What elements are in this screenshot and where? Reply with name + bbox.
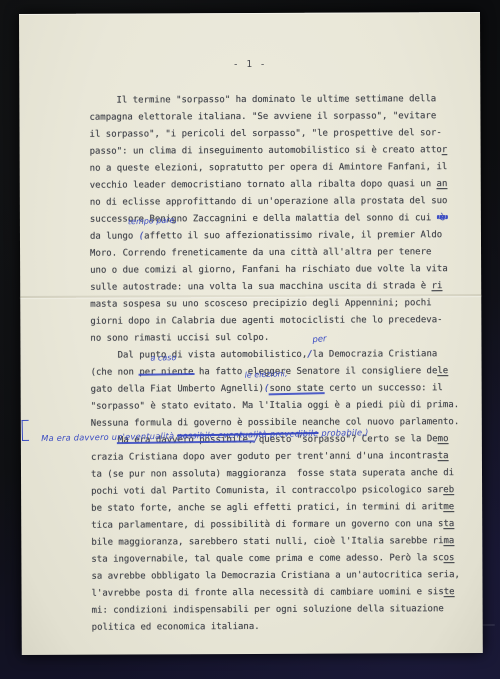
typed-line: Moro. Correndo freneticamente da una cit… xyxy=(90,244,459,263)
typed-line: masta sospesa su uno scosceso precipizio… xyxy=(90,295,459,314)
typed-line: gato della Fiat Umberto Agnelli)(sono st… xyxy=(91,380,460,399)
typed-line: no sono rimasti uccisi sul colpo. xyxy=(90,329,459,348)
typed-line: no a queste elezioni, sopratutto per ope… xyxy=(90,159,459,178)
typed-line: Il termine "sorpasso" ha dominato le ult… xyxy=(89,91,458,110)
handwritten-insertion-tempo-pare: tempo pare, xyxy=(128,215,177,226)
typed-line: giorni dopo in Calabria due agenti motoc… xyxy=(90,312,459,331)
page-number: - 1 - xyxy=(19,58,480,71)
margin-note-suffix: probabile,) xyxy=(318,427,368,438)
handwritten-margin-note: Ma era davvero un'eventualità possibile … xyxy=(30,417,369,453)
typed-lines: Il termine "sorpasso" ha dominato le ult… xyxy=(89,91,460,637)
typed-line: sulle autostrade: una volta la sua macch… xyxy=(90,278,459,297)
typed-line: tica parlamentare, di possibilità di for… xyxy=(91,516,460,535)
typed-line: campagna elettorale italiana. "Se avvien… xyxy=(89,108,458,127)
typed-line: il sorpasso", "i pericoli del sorpasso",… xyxy=(89,125,458,144)
typed-line: l'avrebbe posta di fronte alla necessità… xyxy=(91,584,460,603)
typed-line: bile maggioranza, sarebbero stati nulli,… xyxy=(91,533,460,552)
typed-line: uno o due comizi al giorno, Fanfani ha r… xyxy=(90,261,459,280)
handwritten-insertion-per: per xyxy=(312,334,327,345)
typed-line: no di eclisse approfittando di un'operaz… xyxy=(90,193,459,212)
handwritten-insertion-a-caso: a caso xyxy=(150,353,176,363)
typewritten-page: - 1 - Il termine "sorpasso" ha dominato … xyxy=(19,12,483,655)
typed-line: pochi voti dal Partito Comunista, il con… xyxy=(91,482,460,501)
margin-note-prefix: Ma era davvero un'eventualità xyxy=(41,431,177,443)
typed-line: sa avrebbe obbligato la Democrazia Crist… xyxy=(91,567,460,586)
typed-line: vecchio leader democristiano tornato all… xyxy=(90,176,459,195)
margin-bracket xyxy=(22,420,29,441)
typed-line: passo": un clima di inseguimento automob… xyxy=(90,142,459,161)
typed-line: politica ed economica italiana. xyxy=(92,618,461,637)
typed-line: ta (se pur non assoluta) maggioranza fos… xyxy=(91,465,460,484)
margin-note-struck-words: possibile eventualità prevedibile xyxy=(177,428,319,441)
typed-line: "sorpasso" è stato evitato. Ma l'Italia … xyxy=(91,397,460,416)
background-scratch xyxy=(481,624,495,626)
typed-line: sta ingovernabile, tal quale come prima … xyxy=(91,550,460,569)
typed-line: mi: condizioni indispensabili per ogni s… xyxy=(92,601,461,620)
typed-line: da lungo (affetto il suo affezionatissim… xyxy=(90,227,459,246)
scanned-document-photo: { "document": { "kind": "typewritten man… xyxy=(0,0,500,679)
typed-line: be stato forte, anche se agli effetti pr… xyxy=(91,499,460,518)
handwritten-insertion-le-elezioni: le elezioni, xyxy=(244,369,287,380)
typed-line: Dal punto di vista automobilistico,/la D… xyxy=(90,346,459,365)
